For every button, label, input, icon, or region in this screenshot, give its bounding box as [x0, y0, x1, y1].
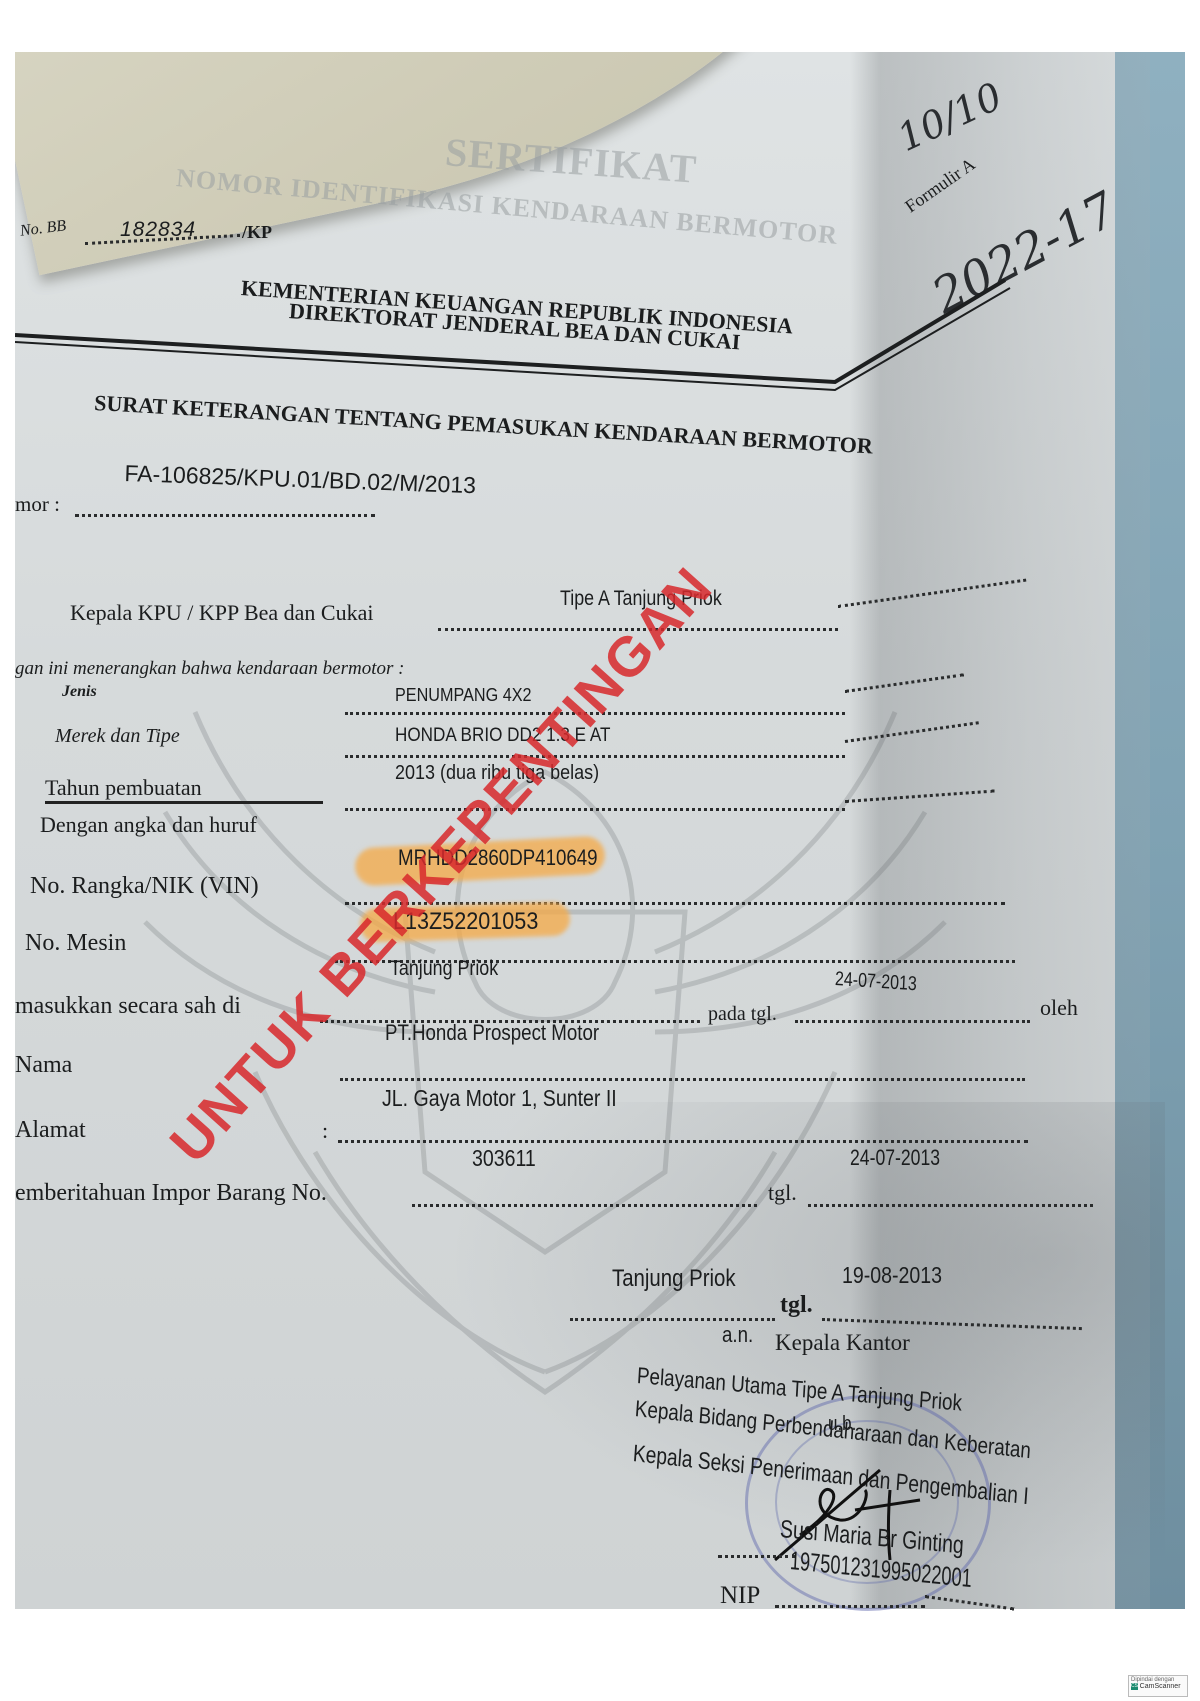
field-tahun-dots	[345, 808, 845, 811]
sign-date-label: tgl.	[780, 1292, 813, 1319]
field-vin-label: No. Rangka/NIK (VIN)	[30, 873, 259, 900]
importer-address-label: Alamat	[15, 1117, 86, 1144]
field-tahun-label: Tahun pembuatan	[45, 775, 323, 804]
entry-date-label: pada tgl.	[708, 1003, 777, 1026]
entry-label: masukkan secara sah di	[15, 993, 241, 1020]
importer-address-dots	[338, 1140, 1028, 1143]
entry-place: Tanjung Priok	[390, 957, 498, 981]
sign-place-dots	[570, 1318, 775, 1321]
field-merek-dots	[345, 755, 845, 758]
camscanner-brand: CamScanner	[1140, 1683, 1181, 1690]
field-jenis-label: Jenis	[62, 683, 97, 701]
importer-name-label: Nama	[15, 1052, 72, 1079]
sign-place: Tanjung Priok	[612, 1265, 736, 1293]
importer-address-colon: :	[322, 1118, 328, 1144]
sign-ub: u.b.	[828, 1413, 856, 1436]
kepala-label: Kepala KPU / KPP Bea dan Cukai	[70, 600, 373, 626]
sign-office-title: Kepala Kantor	[775, 1330, 910, 1356]
nomor-dots	[75, 514, 375, 517]
nomor-label: mor :	[15, 492, 60, 517]
entry-date-dots	[795, 1020, 1030, 1023]
field-tahun-sublabel: Dengan angka dan huruf	[40, 812, 257, 838]
nip-dots	[775, 1605, 925, 1608]
field-mesin-label: No. Mesin	[25, 930, 126, 957]
header-double-rule	[15, 250, 1015, 410]
field-jenis-value: PENUMPANG 4X2	[395, 685, 532, 706]
sign-date: 19-08-2013	[842, 1262, 942, 1289]
pib-date-label: tgl.	[768, 1180, 797, 1206]
field-merek-label: Merek dan Tipe	[55, 725, 180, 748]
signer-dots	[718, 1555, 796, 1558]
intro-text: gan ini menerangkan bahwa kendaraan berm…	[15, 658, 404, 680]
pib-date: 24-07-2013	[850, 1145, 940, 1171]
serial-number: 182834	[120, 218, 196, 242]
serial-suffix: /KP	[242, 222, 272, 243]
camscanner-logo-icon: CS	[1131, 1683, 1138, 1690]
importer-name: PT.Honda Prospect Motor	[385, 1020, 599, 1046]
pib-date-dots	[808, 1204, 1093, 1207]
nip-label: NIP	[720, 1582, 760, 1610]
importer-name-dots	[340, 1078, 1025, 1081]
sign-an: a.n.	[722, 1322, 753, 1348]
importer-address: JL. Gaya Motor 1, Sunter II	[382, 1085, 617, 1112]
camscanner-badge: Dipindai dengan CS CamScanner	[1128, 1675, 1188, 1697]
faint-certificate-title: SERTIFIKAT	[444, 128, 699, 192]
pib-number: 303611	[472, 1145, 536, 1172]
pib-label: emberitahuan Impor Barang No.	[15, 1180, 327, 1207]
entry-by-label: oleh	[1040, 995, 1078, 1021]
pib-number-dots	[412, 1204, 757, 1207]
